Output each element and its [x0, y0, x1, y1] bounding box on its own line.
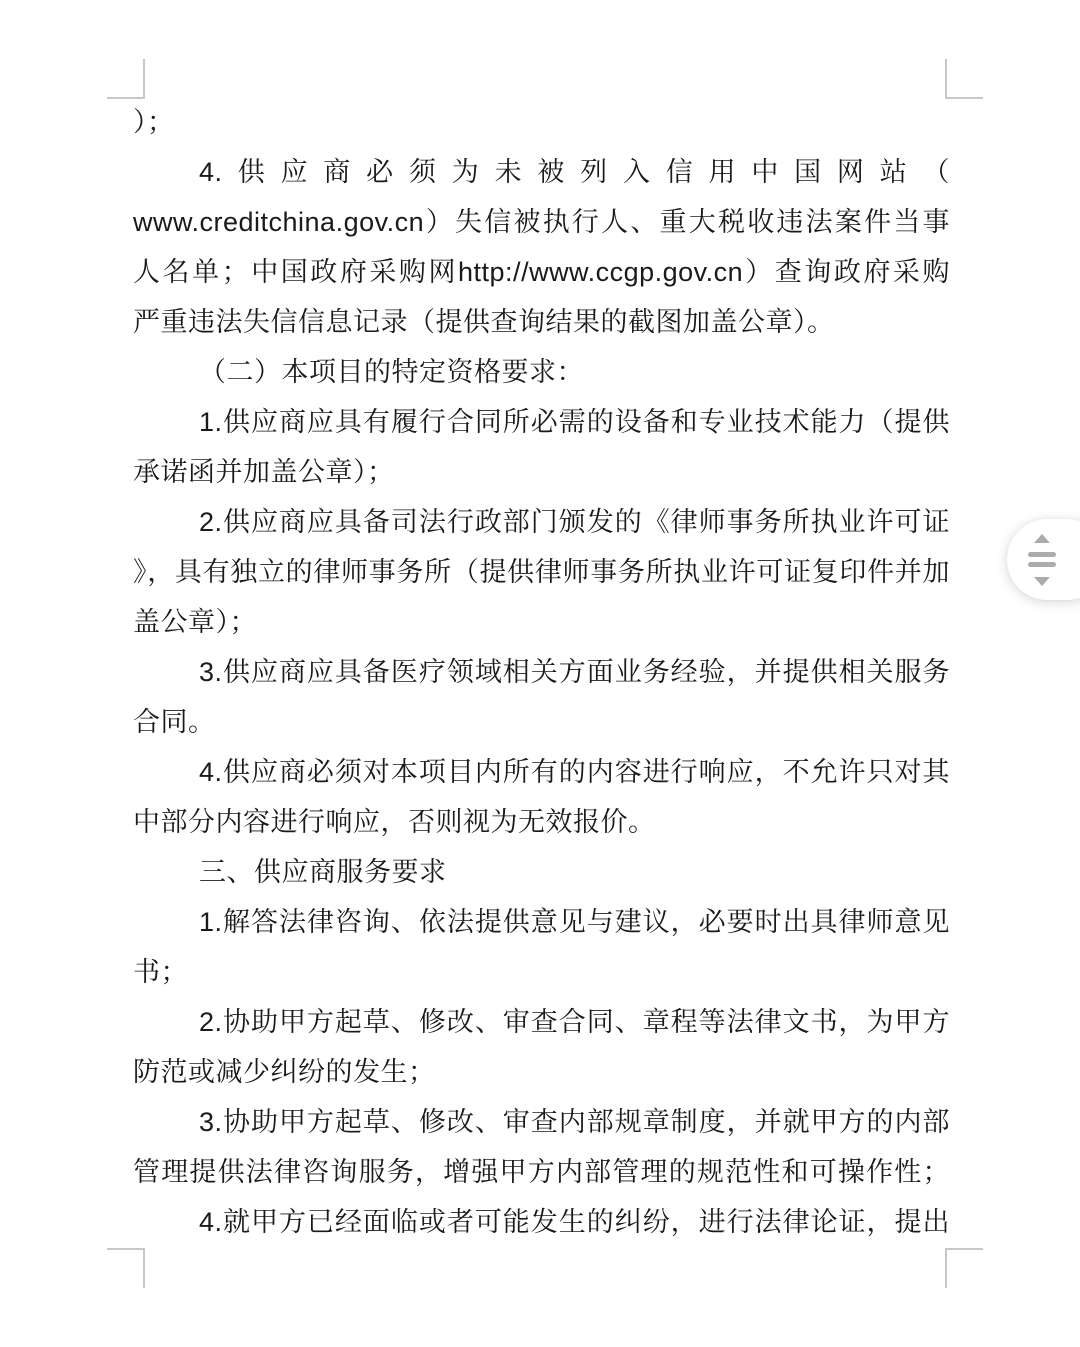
- document-line: 中部分内容进行响应，否则视为无效报价。: [133, 797, 950, 847]
- document-line: 》，具有独立的律师事务所（提供律师事务所执业许可证复印件并加: [133, 547, 950, 597]
- document-line: 2.供应商应具备司法行政部门颁发的《律师事务所执业许可证: [133, 497, 950, 547]
- document-line: 3.供应商应具备医疗领域相关方面业务经验，并提供相关服务: [133, 647, 950, 697]
- document-line: 3.协助甲方起草、修改、审查内部规章制度，并就甲方的内部: [133, 1097, 950, 1147]
- scroll-down-icon: [1034, 577, 1050, 586]
- document-line: 书；: [133, 947, 950, 997]
- document-line: （二）本项目的特定资格要求：: [133, 347, 950, 397]
- document-line: 1.供应商应具有履行合同所必需的设备和专业技术能力（提供: [133, 397, 950, 447]
- document-line: ）；: [133, 97, 950, 147]
- document-text-block: ）；4.供应商必须为未被列入信用中国网站（www.creditchina.gov…: [133, 97, 950, 1247]
- document-line: 1.解答法律咨询、依法提供意见与建议，必要时出具律师意见: [133, 897, 950, 947]
- document-line: www.creditchina.gov.cn）失信被执行人、重大税收违法案件当事: [133, 197, 950, 247]
- crop-mark-top-left: [107, 59, 145, 99]
- scroll-grip-icon: [1028, 562, 1056, 567]
- document-line: 4.就甲方已经面临或者可能发生的纠纷，进行法律论证，提出: [133, 1197, 950, 1247]
- document-line: 人名单；中国政府采购网http://www.ccgp.gov.cn）查询政府采购: [133, 247, 950, 297]
- crop-mark-bottom-left: [107, 1248, 145, 1288]
- document-line: 4.供应商必须对本项目内所有的内容进行响应，不允许只对其: [133, 747, 950, 797]
- document-line: 三、供应商服务要求: [133, 847, 950, 897]
- document-line: 2.协助甲方起草、修改、审查合同、章程等法律文书，为甲方: [133, 997, 950, 1047]
- document-line: 4.供应商必须为未被列入信用中国网站（: [133, 147, 950, 197]
- document-line: 严重违法失信信息记录（提供查询结果的截图加盖公章）。: [133, 297, 950, 347]
- document-line: 防范或减少纠纷的发生；: [133, 1047, 950, 1097]
- document-page: ）；4.供应商必须为未被列入信用中国网站（www.creditchina.gov…: [0, 0, 1080, 1347]
- document-line: 盖公章）；: [133, 597, 950, 647]
- document-line: 合同。: [133, 697, 950, 747]
- document-line: 承诺函并加盖公章）；: [133, 447, 950, 497]
- crop-mark-top-right: [945, 59, 983, 99]
- scroll-handle[interactable]: [1007, 519, 1080, 600]
- crop-mark-bottom-right: [945, 1248, 983, 1288]
- document-line: 管理提供法律咨询服务，增强甲方内部管理的规范性和可操作性；: [133, 1147, 950, 1197]
- scroll-grip-icon: [1028, 552, 1056, 557]
- scroll-handle-glyphs: [1027, 519, 1057, 600]
- scroll-up-icon: [1034, 534, 1050, 543]
